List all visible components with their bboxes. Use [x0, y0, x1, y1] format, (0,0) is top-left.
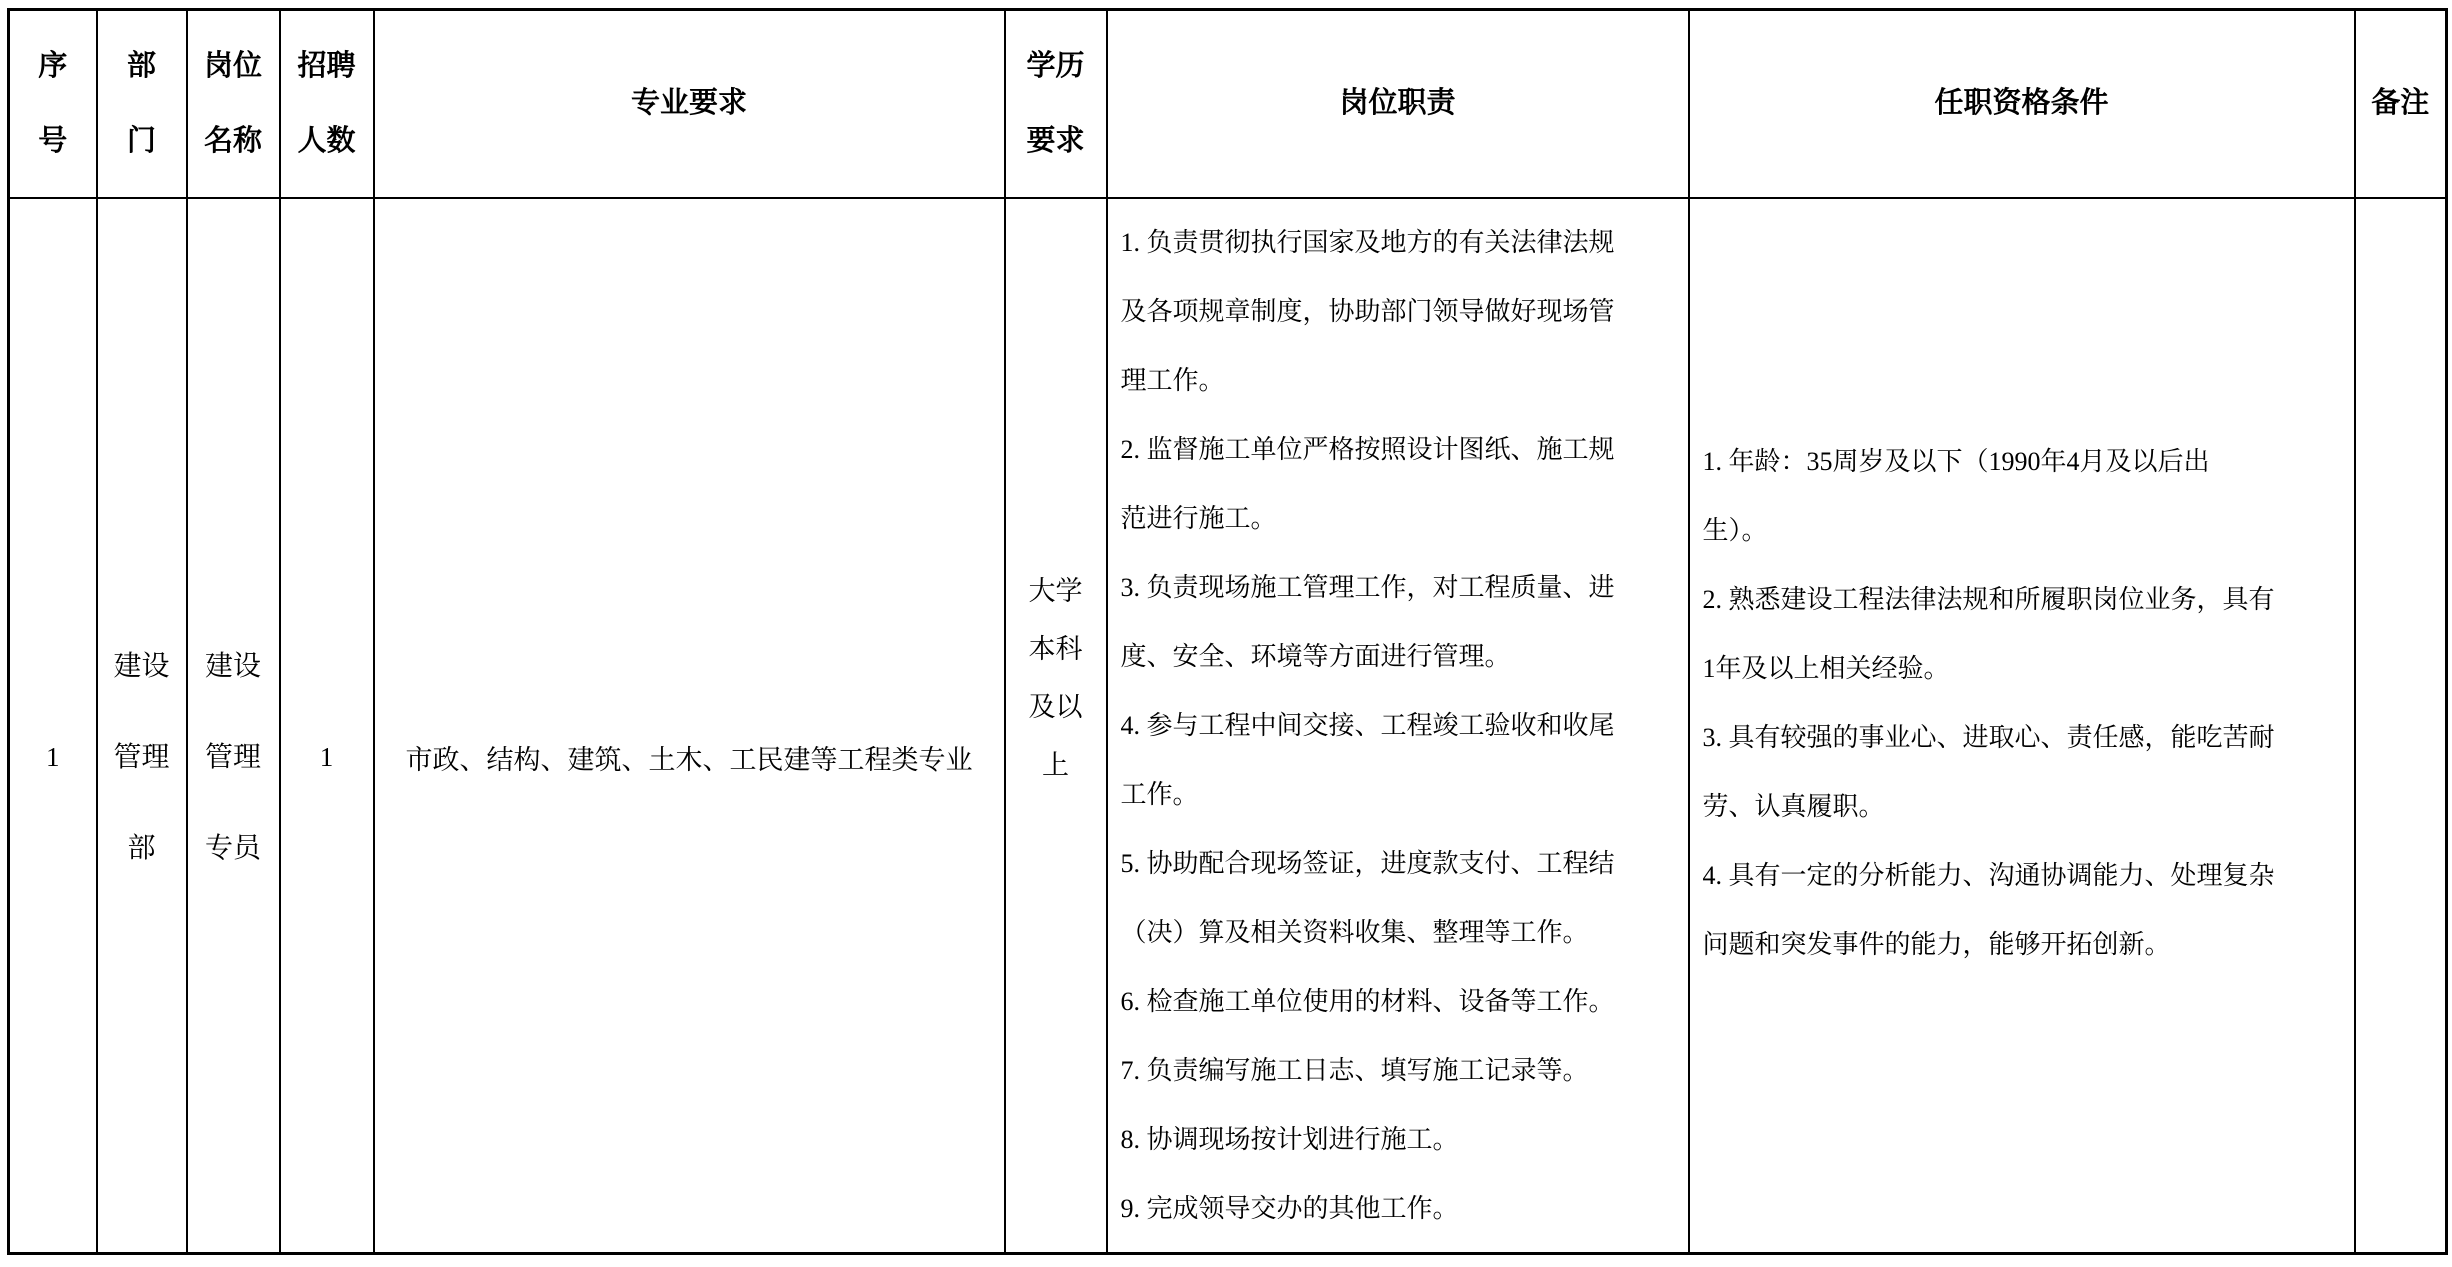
text-paragraph: 1. 负责贯彻执行国家及地方的有关法律法规 及各项规章制度，协助部门领导做好现场… — [1121, 208, 1678, 415]
text-paragraph: 2. 监督施工单位严格按照设计图纸、施工规 范进行施工。 — [1121, 415, 1678, 553]
text-paragraph: 3. 负责现场施工管理工作，对工程质量、进 度、安全、环境等方面进行管理。 — [1121, 553, 1678, 691]
header-remarks: 备注 — [2355, 10, 2447, 198]
text-paragraph: 5. 协助配合现场签证，进度款支付、工程结 （决）算及相关资料收集、整理等工作。 — [1121, 829, 1678, 967]
text-paragraph: 7. 负责编写施工日志、填写施工记录等。 — [1121, 1036, 1678, 1105]
header-education: 学历 要求 — [1005, 10, 1107, 198]
cell-qualifications: 1. 年龄：35周岁及以下（1990年4月及以后出 生）。2. 熟悉建设工程法律… — [1689, 198, 2355, 1254]
header-major: 专业要求 — [374, 10, 1005, 198]
text-paragraph: 3. 具有较强的事业心、进取心、责任感，能吃苦耐 劳、认真履职。 — [1703, 703, 2344, 841]
header-row: 序 号 部 门 岗位 名称 招聘 人数 专业要求 学历 要求 岗位职责 任职资格… — [9, 10, 2447, 198]
header-department: 部 门 — [97, 10, 187, 198]
cell-education: 大学 本科 及以 上 — [1005, 198, 1107, 1254]
cell-duties: 1. 负责贯彻执行国家及地方的有关法律法规 及各项规章制度，协助部门领导做好现场… — [1107, 198, 1689, 1254]
header-qualifications: 任职资格条件 — [1689, 10, 2355, 198]
cell-index: 1 — [9, 198, 97, 1254]
cell-department: 建设 管理 部 — [97, 198, 187, 1254]
header-headcount: 招聘 人数 — [280, 10, 374, 198]
cell-position: 建设 管理 专员 — [187, 198, 280, 1254]
cell-remarks — [2355, 198, 2447, 1254]
document-page: 序 号 部 门 岗位 名称 招聘 人数 专业要求 学历 要求 岗位职责 任职资格… — [0, 8, 2452, 1267]
text-paragraph: 6. 检查施工单位使用的材料、设备等工作。 — [1121, 967, 1678, 1036]
cell-major: 市政、结构、建筑、土木、工民建等工程类专业 — [374, 198, 1005, 1254]
header-duties: 岗位职责 — [1107, 10, 1689, 198]
table-row: 1 建设 管理 部 建设 管理 专员 1 市政、结构、建筑、土木、工民建等工程类… — [9, 198, 2447, 1254]
text-paragraph: 9. 完成领导交办的其他工作。 — [1121, 1174, 1678, 1243]
text-paragraph: 4. 参与工程中间交接、工程竣工验收和收尾 工作。 — [1121, 691, 1678, 829]
header-index: 序 号 — [9, 10, 97, 198]
text-paragraph: 8. 协调现场按计划进行施工。 — [1121, 1105, 1678, 1174]
header-position: 岗位 名称 — [187, 10, 280, 198]
recruitment-table: 序 号 部 门 岗位 名称 招聘 人数 专业要求 学历 要求 岗位职责 任职资格… — [7, 8, 2448, 1255]
text-paragraph: 4. 具有一定的分析能力、沟通协调能力、处理复杂 问题和突发事件的能力，能够开拓… — [1703, 841, 2344, 979]
cell-headcount: 1 — [280, 198, 374, 1254]
text-paragraph: 2. 熟悉建设工程法律法规和所履职岗位业务，具有 1年及以上相关经验。 — [1703, 565, 2344, 703]
text-paragraph: 1. 年龄：35周岁及以下（1990年4月及以后出 生）。 — [1703, 427, 2344, 565]
